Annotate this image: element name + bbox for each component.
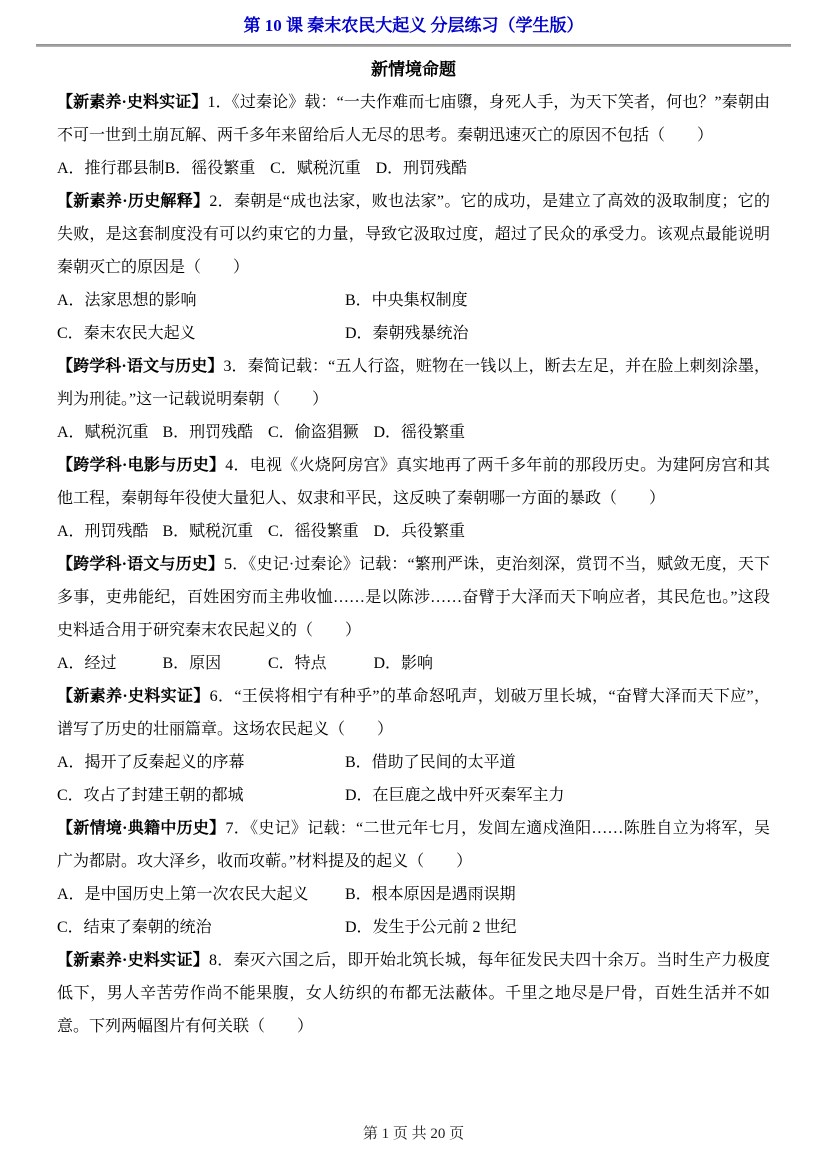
question-stem: 【新素养·史料实证】8．秦灭六国之后，即开始北筑长城，每年征发民夫四十余万。当时… [57,944,770,1043]
option-a: A．刑罚残酷 [57,515,163,548]
option-a: A．赋税沉重 [57,416,163,449]
question-number: 6． [210,688,235,705]
question-number: 1． [208,94,232,111]
options: A．是中国历史上第一次农民大起义B．根本原因是遇雨误期C．结束了秦朝的统治D．发… [57,878,770,944]
question-number: 3． [223,358,247,375]
question-block: 【跨学科·电影与历史】4．电视《火烧阿房宫》真实地再了两千多年前的那段历史。为建… [57,449,770,548]
option-d: D．秦朝残暴统治 [345,317,770,350]
question-stem: 【跨学科·电影与历史】4．电视《火烧阿房宫》真实地再了两千多年前的那段历史。为建… [57,449,770,515]
title-divider [36,44,791,47]
question-stem: 【新素养·史料实证】1．《过秦论》载：“一夫作难而七庙隳，身死人手，为天下笑者，… [57,86,770,152]
page-number-footer: 第 1 页 共 20 页 [0,1122,827,1143]
options: A．揭开了反秦起义的序幕B．借助了民间的太平道C．攻占了封建王朝的都城D．在巨鹿… [57,746,770,812]
options: A．法家思想的影响B．中央集权制度C．秦末农民大起义D．秦朝残暴统治 [57,284,770,350]
option-a: A．揭开了反秦起义的序幕 [57,746,345,779]
option-d: D．发生于公元前 2 世纪 [345,911,770,944]
question-stem: 【新素养·史料实证】6．“王侯将相宁有种乎”的革命怒吼声，划破万里长城，“奋臂大… [57,680,770,746]
option-d: D．徭役繁重 [374,416,466,449]
option-c: C．秦末农民大起义 [57,317,345,350]
question-block: 【跨学科·语文与历史】5．《史记·过秦论》记载：“繁刑严诛，吏治刻深，赏罚不当，… [57,548,770,680]
question-tag: 【跨学科·语文与历史】 [57,358,223,375]
option-a: A．推行郡县制 [57,152,165,185]
option-c: C．攻占了封建王朝的都城 [57,779,345,812]
document-page: 第 10 课 秦末农民大起义 分层练习（学生版） 新情境命题 【新素养·史料实证… [0,0,827,1169]
question-tag: 【跨学科·电影与历史】 [57,457,225,474]
option-d: D．影响 [374,647,434,680]
option-c: C．特点 [268,647,374,680]
option-c: C．徭役繁重 [268,515,374,548]
option-d: D．刑罚残酷 [376,152,468,185]
option-b: B．徭役繁重 [165,152,271,185]
question-number: 8． [209,952,234,969]
document-title: 第 10 课 秦末农民大起义 分层练习（学生版） [0,0,827,37]
question-stem: 【跨学科·语文与历史】3．秦简记载：“五人行盗，赃物在一钱以上，断去左足，并在脸… [57,350,770,416]
option-d: D．兵役繁重 [374,515,466,548]
option-c: C．结束了秦朝的统治 [57,911,345,944]
option-b: B．中央集权制度 [345,284,770,317]
question-number: 5． [224,556,248,573]
question-stem: 【跨学科·语文与历史】5．《史记·过秦论》记载：“繁刑严诛，吏治刻深，赏罚不当，… [57,548,770,647]
question-number: 7． [225,820,250,837]
option-c: C．偷盗猖獗 [268,416,374,449]
question-block: 【新素养·历史解释】2．秦朝是“成也法家，败也法家”。它的成功，是建立了高效的汲… [57,185,770,350]
option-b: B．根本原因是遇雨误期 [345,878,770,911]
option-a: A．经过 [57,647,163,680]
options: A．赋税沉重B．刑罚残酷C．偷盗猖獗D．徭役繁重 [57,416,770,449]
option-b: B．刑罚残酷 [163,416,269,449]
question-tag: 【新素养·历史解释】 [57,193,209,210]
options: A．经过B．原因C．特点D．影响 [57,647,770,680]
option-b: B．借助了民间的太平道 [345,746,770,779]
question-tag: 【新情境·典籍中历史】 [57,820,225,837]
question-block: 【新素养·史料实证】8．秦灭六国之后，即开始北筑长城，每年征发民夫四十余万。当时… [57,944,770,1043]
question-tag: 【新素养·史料实证】 [57,688,210,705]
option-a: A．法家思想的影响 [57,284,345,317]
options: A．刑罚残酷B．赋税沉重C．徭役繁重D．兵役繁重 [57,515,770,548]
question-number: 4． [225,457,250,474]
option-b: B．赋税沉重 [163,515,269,548]
option-a: A．是中国历史上第一次农民大起义 [57,878,345,911]
options: A．推行郡县制B．徭役繁重C．赋税沉重D．刑罚残酷 [57,152,770,185]
option-b: B．原因 [163,647,269,680]
question-stem: 【新素养·历史解释】2．秦朝是“成也法家，败也法家”。它的成功，是建立了高效的汲… [57,185,770,284]
question-stem: 【新情境·典籍中历史】7．《史记》记载：“二世元年七月，发闾左適戍渔阳……陈胜自… [57,812,770,878]
question-block: 【新素养·史料实证】1．《过秦论》载：“一夫作难而七庙隳，身死人手，为天下笑者，… [57,86,770,185]
question-block: 【新素养·史料实证】6．“王侯将相宁有种乎”的革命怒吼声，划破万里长城，“奋臂大… [57,680,770,812]
question-block: 【跨学科·语文与历史】3．秦简记载：“五人行盗，赃物在一钱以上，断去左足，并在脸… [57,350,770,449]
option-d: D．在巨鹿之战中歼灭秦军主力 [345,779,770,812]
option-c: C．赋税沉重 [270,152,376,185]
section-heading: 新情境命题 [0,59,827,81]
question-number: 2． [209,193,234,210]
question-tag: 【新素养·史料实证】 [57,94,208,111]
question-tag: 【新素养·史料实证】 [57,952,209,969]
question-block: 【新情境·典籍中历史】7．《史记》记载：“二世元年七月，发闾左適戍渔阳……陈胜自… [57,812,770,944]
questions-container: 【新素养·史料实证】1．《过秦论》载：“一夫作难而七庙隳，身死人手，为天下笑者，… [0,81,827,1043]
question-tag: 【跨学科·语文与历史】 [57,556,224,573]
